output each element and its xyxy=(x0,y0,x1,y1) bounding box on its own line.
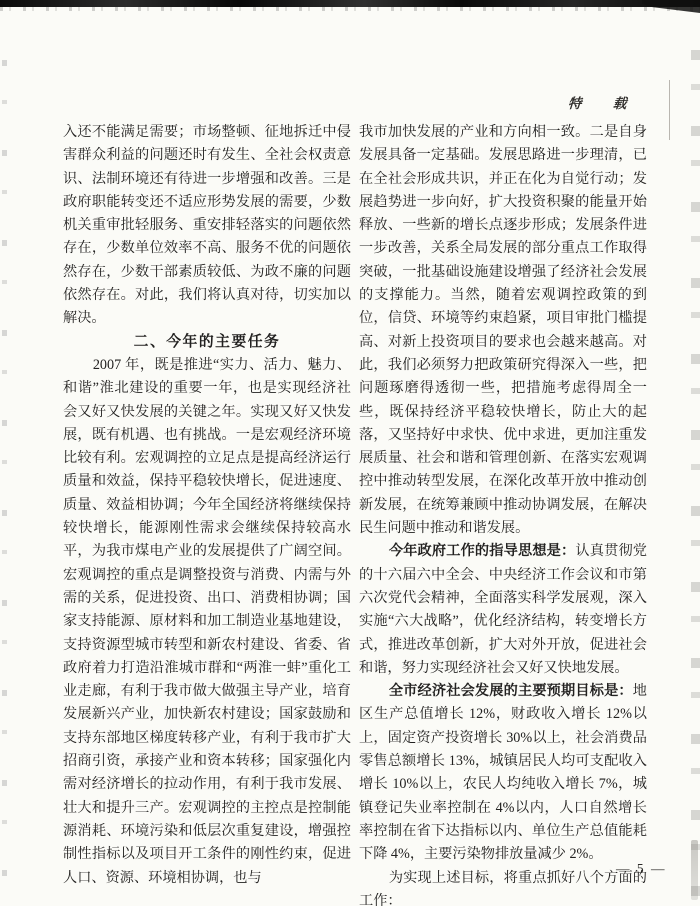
page-number: — 5 — xyxy=(616,861,667,877)
section-heading: 二、今年的主要任务 xyxy=(63,331,351,354)
scan-artifact-right-smudge xyxy=(691,840,698,900)
scan-artifact-right-edge xyxy=(691,50,700,906)
scan-artifact-left-edge xyxy=(2,60,7,906)
expected-targets-body: 地区生产总值增长 12%，财政收入增长 12%以上，固定资产投资增长 30%以上… xyxy=(359,683,647,862)
scan-artifact-right-line xyxy=(669,80,670,140)
expected-targets-lead: 全市经济社会发展的主要预期目标是： xyxy=(389,683,633,699)
scan-artifact-top-edge xyxy=(0,0,700,7)
right-paragraph-3: 全市经济社会发展的主要预期目标是：地区生产总值增长 12%，财政收入增长 12%… xyxy=(359,680,647,866)
scan-artifact-top-fray xyxy=(0,7,700,11)
left-paragraph-1: 入还不能满足需要；市场整顿、征地拆迁中侵害群众利益的问题还时有发生、全社会权责意… xyxy=(63,121,351,331)
running-head-label: 特 载 xyxy=(567,92,636,112)
guiding-ideology-lead: 今年政府工作的指导思想是： xyxy=(389,543,576,559)
right-column: 我市加快发展的产业和方向相一致。二是自身发展具备一定基础。发展思路进一步理清，已… xyxy=(359,121,647,906)
scan-artifact-top-right-corner xyxy=(642,0,700,13)
left-paragraph-2: 2007 年，既是推进“实力、活力、魅力、和谐”淮北建设的重要一年，也是实现经济… xyxy=(63,354,351,890)
right-paragraph-2: 今年政府工作的指导思想是：认真贯彻党的十六届六中全会、中央经济工作会议和市第六次… xyxy=(359,540,647,680)
guiding-ideology-body: 认真贯彻党的十六届六中全会、中央经济工作会议和市第六次党代会精神，全面落实科学发… xyxy=(359,543,647,675)
scanned-document-page: 特 载 入还不能满足需要；市场整顿、征地拆迁中侵害群众利益的问题还时有发生、全社… xyxy=(0,0,700,906)
right-paragraph-1: 我市加快发展的产业和方向相一致。二是自身发展具备一定基础。发展思路进一步理清，已… xyxy=(359,121,647,540)
right-paragraph-4: 为实现上述目标，将重点抓好八个方面的工作： xyxy=(359,867,647,906)
left-column: 入还不能满足需要；市场整顿、征地拆迁中侵害群众利益的问题还时有发生、全社会权责意… xyxy=(63,121,351,890)
